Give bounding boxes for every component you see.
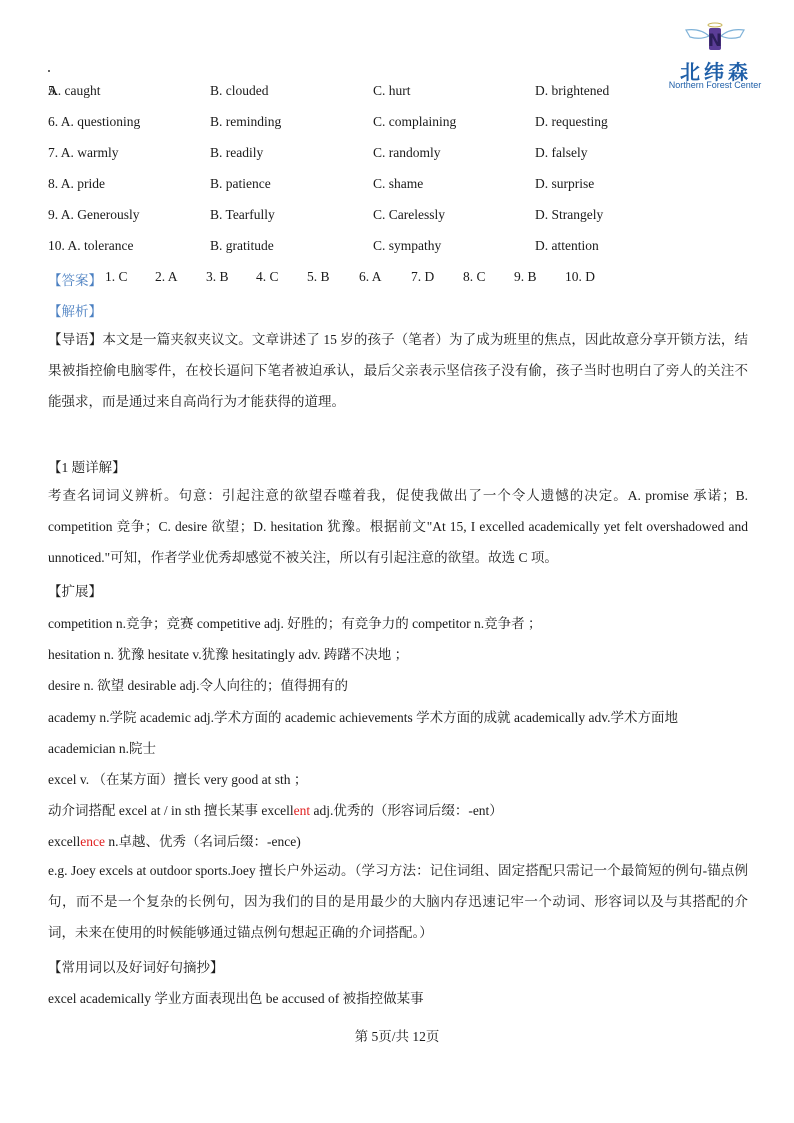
option-a: 7. A. warmly bbox=[48, 145, 119, 161]
extension-line: hesitation n. 犹豫 hesitate v.犹豫 hesitatin… bbox=[48, 643, 408, 663]
option-a: 8. A. pride bbox=[48, 176, 105, 192]
option-d: D. requesting bbox=[535, 114, 608, 130]
option-c: C. randomly bbox=[373, 145, 441, 161]
question-10-options: 10. A. tolerance B. gratitude C. sympath… bbox=[48, 238, 748, 258]
noun-form-text-end: n.卓越、优秀（名词后缀：-ence) bbox=[105, 834, 301, 849]
phrases-heading: 【常用词以及好词好句摘抄】 bbox=[48, 956, 224, 976]
suffix-highlight: ent bbox=[294, 803, 311, 818]
noun-form-line: excellence n.卓越、优秀（名词后缀：-ence) bbox=[48, 830, 301, 850]
answer-item: 3. B bbox=[206, 269, 229, 285]
extension-line: excel v. （在某方面）擅长 very good at sth ； bbox=[48, 768, 307, 788]
option-b: B. Tearfully bbox=[210, 207, 275, 223]
winged-n-icon: N bbox=[682, 22, 748, 52]
option-d: D. brightened bbox=[535, 83, 609, 99]
option-a: 10. A. tolerance bbox=[48, 238, 133, 254]
q1-explanation: 考查名词词义辨析。句意：引起注意的欲望吞噬着我，促使我做出了一个令人遗憾的决定。… bbox=[48, 480, 748, 573]
suffix-highlight: ence bbox=[80, 834, 105, 849]
question-7-options: 7. A. warmly B. readily C. randomly D. f… bbox=[48, 145, 748, 165]
answer-label: 【答案】 bbox=[48, 269, 102, 289]
svg-text:N: N bbox=[708, 31, 722, 51]
answer-item: 10. D bbox=[565, 269, 595, 285]
analysis-label: 【解析】 bbox=[48, 300, 102, 320]
option-a: 5. A. caught bbox=[48, 83, 100, 99]
option-d: D. falsely bbox=[535, 145, 587, 161]
extension-line: academician n.院士 bbox=[48, 737, 156, 757]
option-c: C. shame bbox=[373, 176, 423, 192]
option-c: C. sympathy bbox=[373, 238, 441, 254]
answer-item: 4. C bbox=[256, 269, 279, 285]
option-b: B. readily bbox=[210, 145, 263, 161]
option-d: D. Strangely bbox=[535, 207, 603, 223]
question-5-options: 5. A. caught B. clouded C. hurt D. brigh… bbox=[48, 83, 748, 103]
question-6-options: 6. A. questioning B. reminding C. compla… bbox=[48, 114, 748, 134]
answer-item: 2. A bbox=[155, 269, 178, 285]
example-paragraph: e.g. Joey excels at outdoor sports.Joey … bbox=[48, 855, 748, 948]
option-b: B. reminding bbox=[210, 114, 281, 130]
answer-item: 5. B bbox=[307, 269, 330, 285]
option-a: 6. A. questioning bbox=[48, 114, 140, 130]
collocation-line: 动介词搭配 excel at / in sth 擅长某事 excellent a… bbox=[48, 799, 503, 819]
answer-row: 【答案】 1. C 2. A 3. B 4. C 5. B 6. A 7. D … bbox=[48, 269, 748, 289]
page-mark bbox=[48, 70, 50, 72]
option-b: B. gratitude bbox=[210, 238, 274, 254]
answer-item: 1. C bbox=[105, 269, 128, 285]
intro-text: 本文是一篇夹叙夹议文。文章讲述了 15 岁的孩子（笔者）为了成为班里的焦点，因此… bbox=[48, 332, 748, 409]
collocation-text: 动介词搭配 excel at / in sth 擅长某事 excell bbox=[48, 803, 294, 818]
brand-logo: N 北纬森 Northern Forest Center bbox=[660, 20, 770, 92]
option-c: C. complaining bbox=[373, 114, 456, 130]
answer-item: 9. B bbox=[514, 269, 537, 285]
option-b: B. clouded bbox=[210, 83, 269, 99]
answer-item: 8. C bbox=[463, 269, 486, 285]
option-d: D. surprise bbox=[535, 176, 594, 192]
page-number: 第 5页/共 12页 bbox=[0, 1025, 794, 1045]
option-b: B. patience bbox=[210, 176, 271, 192]
answer-item: 6. A bbox=[359, 269, 382, 285]
question-8-options: 8. A. pride B. patience C. shame D. surp… bbox=[48, 176, 748, 196]
collocation-text-end: adj.优秀的（形容词后缀：-ent） bbox=[310, 803, 503, 818]
extension-heading: 【扩展】 bbox=[48, 580, 102, 600]
option-a: 9. A. Generously bbox=[48, 207, 140, 223]
answer-item: 7. D bbox=[411, 269, 434, 285]
extension-line: desire n. 欲望 desirable adj.令人向往的；值得拥有的 bbox=[48, 674, 348, 694]
option-c: C. hurt bbox=[373, 83, 411, 99]
extension-line: academy n.学院 academic adj.学术方面的 academic… bbox=[48, 706, 678, 726]
option-d: D. attention bbox=[535, 238, 599, 254]
q1-heading: 【1 题详解】 bbox=[48, 456, 126, 476]
phrases-line: excel academically 学业方面表现出色 be accused o… bbox=[48, 987, 424, 1007]
intro-paragraph: 【导语】本文是一篇夹叙夹议文。文章讲述了 15 岁的孩子（笔者）为了成为班里的焦… bbox=[48, 324, 748, 417]
extension-line: competition n.竞争；竞赛 competitive adj. 好胜的… bbox=[48, 612, 541, 632]
intro-label: 【导语】 bbox=[48, 332, 102, 347]
question-9-options: 9. A. Generously B. Tearfully C. Careles… bbox=[48, 207, 748, 227]
option-c: C. Carelessly bbox=[373, 207, 445, 223]
noun-form-text: excell bbox=[48, 834, 80, 849]
